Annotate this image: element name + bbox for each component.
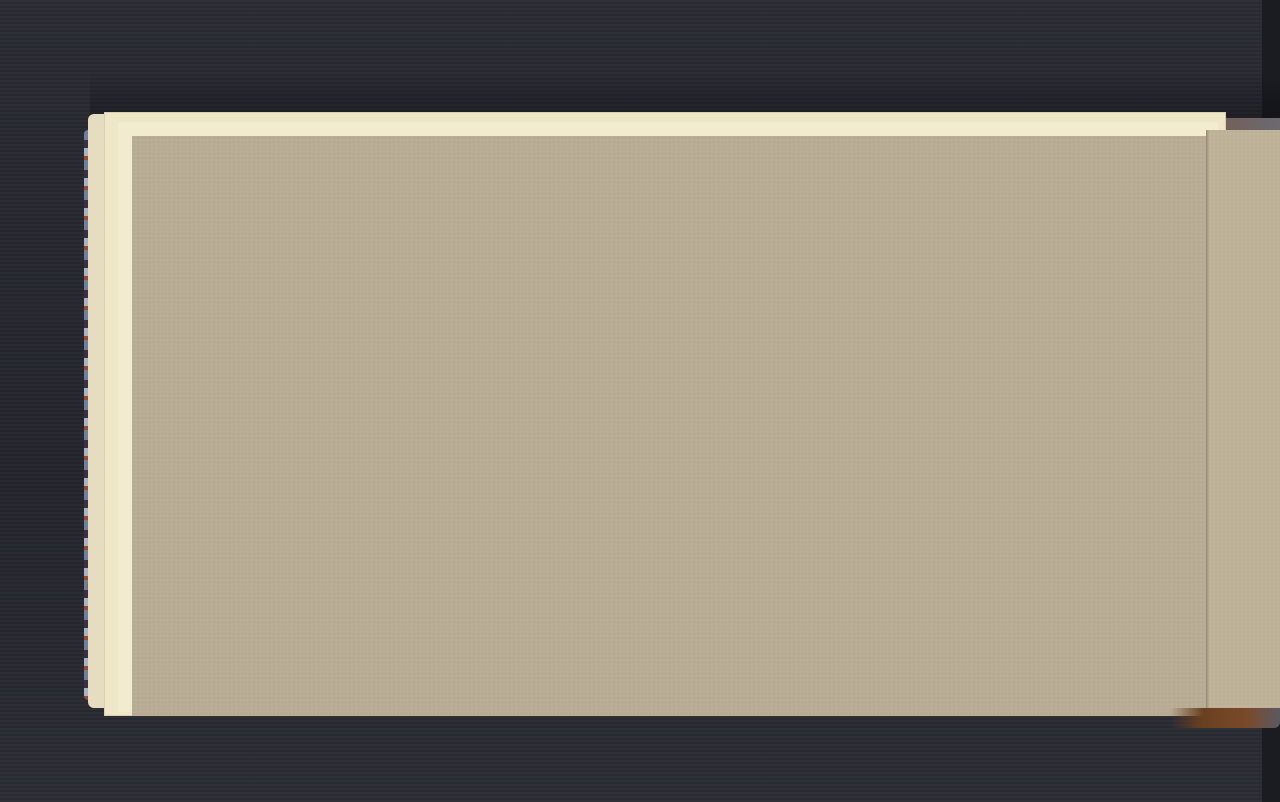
- spine-bottom-edge: [1170, 708, 1280, 728]
- blank-page-right: [1210, 130, 1280, 720]
- blank-page-left: [132, 136, 1206, 716]
